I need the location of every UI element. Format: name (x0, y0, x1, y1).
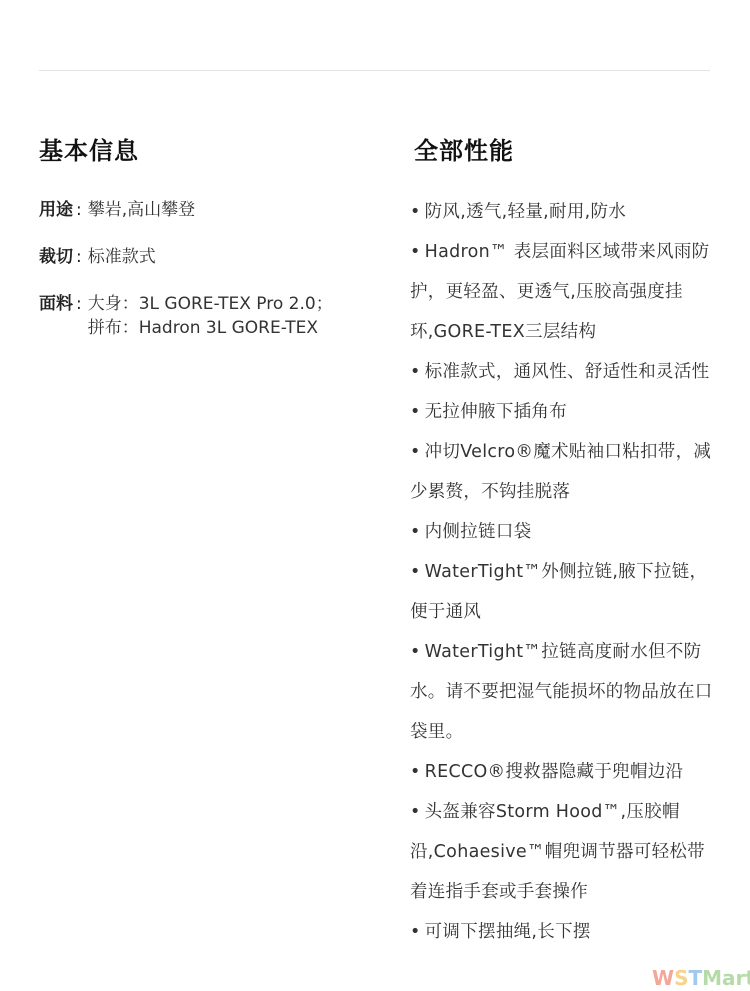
basic-info-title: 基本信息 (39, 134, 379, 168)
info-label: 面料 (39, 292, 73, 340)
watermark-letter: Mart (702, 966, 750, 990)
feature-text: 可调下摆抽绳,长下摆 (425, 922, 591, 942)
feature-text: 无拉伸腋下插角布 (425, 402, 567, 422)
features-section: 全部性能 •防风,透气,轻量,耐用,防水 •Hadron™ 表层面料区域带来风雨… (410, 134, 720, 952)
info-colon: : (76, 245, 82, 269)
info-label: 裁切 (39, 245, 73, 269)
watermark-letter: S (674, 966, 688, 990)
info-row-fit: 裁切 : 标准款式 (39, 245, 379, 269)
basic-info-list: 用途 : 攀岩,高山攀登 裁切 : 标准款式 面料 : 大身：3L GORE-T… (39, 198, 379, 340)
feature-text: 防风,透气,轻量,耐用,防水 (425, 202, 626, 222)
feature-text: 头盔兼容Storm Hood™,压胶帽沿,Cohaesive™帽兜调节器可轻松带… (410, 802, 705, 902)
info-value: 拼布：Hadron 3L GORE-TEX (88, 316, 333, 340)
info-colon: : (76, 198, 82, 222)
feature-item: •防风,透气,轻量,耐用,防水 (410, 192, 720, 232)
bullet-icon: • (410, 752, 421, 792)
info-value: 攀岩,高山攀登 (88, 198, 195, 222)
info-value: 大身：3L GORE-TEX Pro 2.0； (88, 292, 333, 316)
feature-item: •WaterTight™拉链高度耐水但不防水。请不要把湿气能损坏的物品放在口袋里… (410, 632, 720, 752)
feature-text: RECCO®搜救器隐藏于兜帽边沿 (425, 762, 684, 782)
bullet-icon: • (410, 352, 421, 392)
bullet-icon: • (410, 392, 421, 432)
bullet-icon: • (410, 792, 421, 832)
info-colon: : (76, 292, 82, 340)
bullet-icon: • (410, 232, 421, 272)
feature-text: WaterTight™拉链高度耐水但不防水。请不要把湿气能损坏的物品放在口袋里。 (410, 642, 713, 742)
watermark-letter: T (688, 966, 702, 990)
info-values: 标准款式 (88, 245, 156, 269)
feature-text: 内侧拉链口袋 (425, 522, 532, 542)
feature-item: •标准款式，通风性、舒适性和灵活性 (410, 352, 720, 392)
info-values: 大身：3L GORE-TEX Pro 2.0； 拼布：Hadron 3L GOR… (88, 292, 333, 340)
info-values: 攀岩,高山攀登 (88, 198, 195, 222)
feature-item: •内侧拉链口袋 (410, 512, 720, 552)
info-row-usage: 用途 : 攀岩,高山攀登 (39, 198, 379, 222)
bullet-icon: • (410, 432, 421, 472)
bullet-icon: • (410, 512, 421, 552)
basic-info-section: 基本信息 用途 : 攀岩,高山攀登 裁切 : 标准款式 面料 : 大身：3L G… (39, 134, 379, 363)
feature-item: •WaterTight™外侧拉链,腋下拉链，便于通风 (410, 552, 720, 632)
top-divider (39, 70, 710, 71)
feature-item: •RECCO®搜救器隐藏于兜帽边沿 (410, 752, 720, 792)
feature-text: 标准款式，通风性、舒适性和灵活性 (425, 362, 710, 382)
feature-item: •头盔兼容Storm Hood™,压胶帽沿,Cohaesive™帽兜调节器可轻松… (410, 792, 720, 912)
wstmart-watermark-logo: WSTMart (652, 966, 750, 990)
feature-item: •可调下摆抽绳,长下摆 (410, 912, 720, 952)
bullet-icon: • (410, 192, 421, 232)
features-title: 全部性能 (414, 134, 720, 168)
bullet-icon: • (410, 632, 421, 672)
info-row-fabric: 面料 : 大身：3L GORE-TEX Pro 2.0； 拼布：Hadron 3… (39, 292, 379, 340)
info-value: 标准款式 (88, 245, 156, 269)
feature-item: •Hadron™ 表层面料区域带来风雨防护，更轻盈、更透气,压胶高强度挂环,GO… (410, 232, 720, 352)
feature-item: •冲切Velcro®魔术贴袖口粘扣带，减少累赘，不钩挂脱落 (410, 432, 720, 512)
feature-text: WaterTight™外侧拉链,腋下拉链，便于通风 (410, 562, 707, 622)
feature-list: •防风,透气,轻量,耐用,防水 •Hadron™ 表层面料区域带来风雨防护，更轻… (410, 192, 720, 952)
feature-text: 冲切Velcro®魔术贴袖口粘扣带，减少累赘，不钩挂脱落 (410, 442, 711, 502)
feature-text: Hadron™ 表层面料区域带来风雨防护，更轻盈、更透气,压胶高强度挂环,GOR… (410, 242, 710, 342)
watermark-letter: W (652, 966, 674, 990)
bullet-icon: • (410, 552, 421, 592)
info-label: 用途 (39, 198, 73, 222)
bullet-icon: • (410, 912, 421, 952)
feature-item: •无拉伸腋下插角布 (410, 392, 720, 432)
